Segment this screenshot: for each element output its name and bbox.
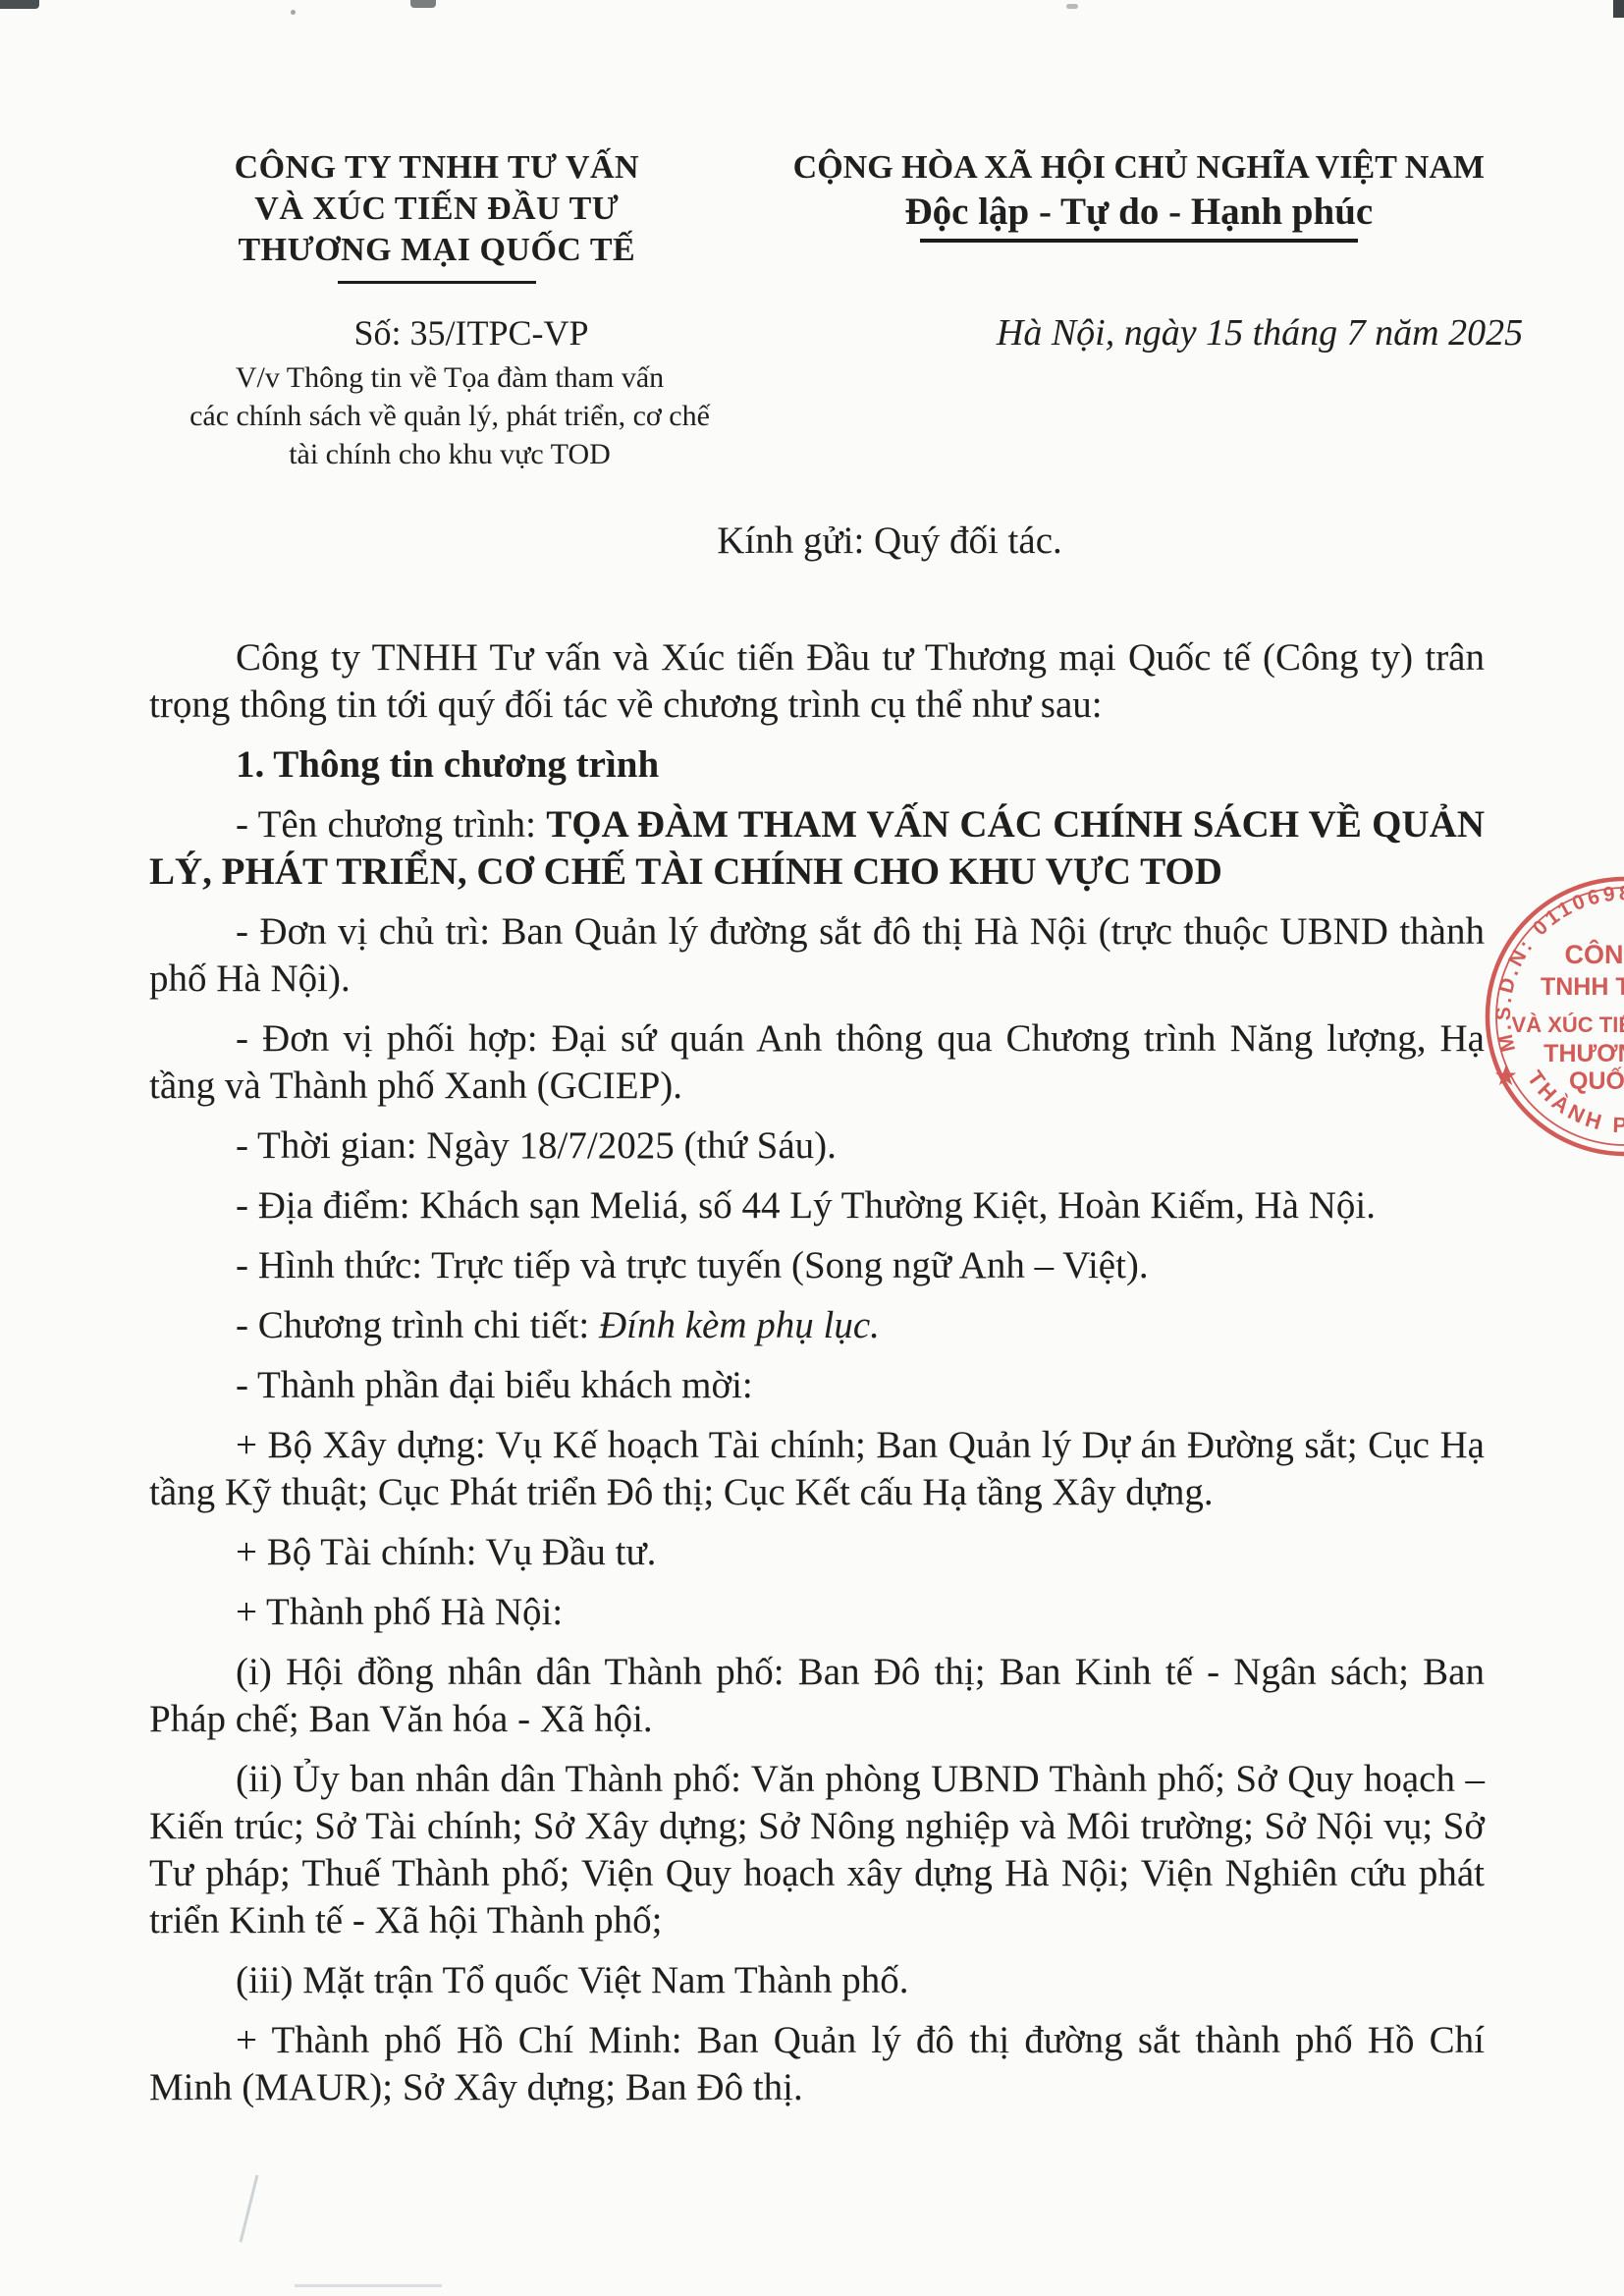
company-name-line: VÀ XÚC TIẾN ĐẦU TƯ [149, 189, 725, 230]
body-paragraph: (ii) Ủy ban nhân dân Thành phố: Văn phòn… [149, 1756, 1485, 1944]
text-segment: Đính kèm phụ lục. [599, 1304, 880, 1346]
text-segment: - Tên chương trình: [236, 803, 546, 846]
stamp-outer-ring [1488, 879, 1624, 1154]
subject-line: V/v Thông tin về Tọa đàm tham vấn [128, 358, 772, 397]
body-paragraph: - Hình thức: Trực tiếp và trực tuyến (So… [149, 1242, 1485, 1289]
stamp-center-line: CÔNG TY [1564, 939, 1624, 969]
national-motto-line1: CỘNG HÒA XÃ HỘI CHỦ NGHĨA VIỆT NAM [793, 147, 1485, 189]
text-segment: - Chương trình chi tiết: [236, 1304, 599, 1346]
text-segment: Công ty TNHH Tư vấn và Xúc tiến Đầu tư T… [149, 636, 1485, 726]
body-paragraph: - Thời gian: Ngày 18/7/2025 (thứ Sáu). [149, 1122, 1485, 1170]
text-segment: + Thành phố Hà Nội: [236, 1591, 563, 1633]
text-segment: (i) Hội đồng nhân dân Thành phố: Ban Đô … [149, 1651, 1485, 1740]
body-paragraph: + Thành phố Hồ Chí Minh: Ban Quản lý đô … [149, 2017, 1485, 2111]
scan-artifact [240, 2175, 259, 2243]
body-paragraph: - Đơn vị phối hợp: Đại sứ quán Anh thông… [149, 1015, 1485, 1110]
number-date-row: Số: 35/ITPC-VP Hà Nội, ngày 15 tháng 7 n… [149, 309, 1485, 356]
body-paragraph: (iii) Mặt trận Tổ quốc Việt Nam Thành ph… [149, 1957, 1485, 2004]
body-paragraph: - Thành phần đại biểu khách mời: [149, 1362, 1485, 1409]
letter-header: CÔNG TY TNHH TƯ VẤN VÀ XÚC TIẾN ĐẦU TƯ T… [149, 147, 1485, 284]
body-paragraph: - Đơn vị chủ trì: Ban Quản lý đường sắt … [149, 908, 1485, 1003]
scan-artifact [410, 0, 436, 8]
national-header-block: CỘNG HÒA XÃ HỘI CHỦ NGHĨA VIỆT NAM Độc l… [725, 147, 1485, 243]
national-motto-line2: Độc lập - Tự do - Hạnh phúc [793, 189, 1485, 236]
stamp-star-icon: ★ [1493, 1061, 1518, 1091]
scanned-letter-page: CÔNG TY TNHH TƯ VẤN VÀ XÚC TIẾN ĐẦU TƯ T… [0, 0, 1624, 2296]
scan-artifact [295, 2284, 442, 2287]
text-segment: + Bộ Xây dựng: Vụ Kế hoạch Tài chính; Ba… [149, 1424, 1485, 1513]
national-underline [920, 239, 1358, 243]
place-and-date: Hà Nội, ngày 15 tháng 7 năm 2025 [997, 312, 1523, 354]
stamp-center-line: VÀ XÚC TIẾN ĐẦU TƯ [1512, 1012, 1624, 1037]
text-segment: - Thời gian: Ngày 18/7/2025 (thứ Sáu). [236, 1124, 837, 1167]
company-name-line: THƯƠNG MẠI QUỐC TẾ [149, 230, 725, 271]
text-segment: 1. Thông tin chương trình [236, 743, 659, 786]
scan-artifact [1066, 4, 1078, 9]
stamp-inner-ring [1496, 888, 1624, 1145]
scan-artifact [1613, 0, 1624, 18]
text-segment: - Đơn vị phối hợp: Đại sứ quán Anh thông… [149, 1017, 1485, 1107]
stamp-registration-arc-text: M.S.D.N: 0110698 [1492, 882, 1624, 1054]
text-segment: (ii) Ủy ban nhân dân Thành phố: Văn phòn… [149, 1758, 1485, 1941]
company-name-line: CÔNG TY TNHH TƯ VẤN [149, 147, 725, 189]
stamp-bottom-arc-text: THÀNH PHỐ HÀ NỘI [1523, 997, 1624, 1137]
body-paragraph: Công ty TNHH Tư vấn và Xúc tiến Đầu tư T… [149, 634, 1485, 729]
document-number: Số: 35/ITPC-VP [353, 313, 588, 353]
text-segment: - Hình thức: Trực tiếp và trực tuyến (So… [236, 1244, 1149, 1286]
subject-block: V/v Thông tin về Tọa đàm tham vấn các ch… [128, 358, 772, 473]
text-segment: - Thành phần đại biểu khách mời: [236, 1364, 753, 1406]
text-segment: - Đơn vị chủ trì: Ban Quản lý đường sắt … [149, 910, 1485, 1000]
text-segment: + Bộ Tài chính: Vụ Đầu tư. [236, 1531, 656, 1573]
company-seal-stamp: ★ M.S.D.N: 0110698 THÀNH PHỐ HÀ NỘI CÔNG… [1478, 869, 1624, 1164]
body-paragraph: - Chương trình chi tiết: Đính kèm phụ lụ… [149, 1302, 1485, 1349]
text-segment: - Địa điểm: Khách sạn Meliá, số 44 Lý Th… [236, 1184, 1376, 1227]
company-underline [338, 281, 536, 284]
body-paragraphs: Công ty TNHH Tư vấn và Xúc tiến Đầu tư T… [149, 634, 1485, 2111]
text-segment: + Thành phố Hồ Chí Minh: Ban Quản lý đô … [149, 2019, 1485, 2108]
body-paragraph: + Bộ Tài chính: Vụ Đầu tư. [149, 1529, 1485, 1576]
scan-artifact [0, 0, 39, 9]
body-paragraph: - Địa điểm: Khách sạn Meliá, số 44 Lý Th… [149, 1182, 1485, 1230]
body-paragraph: + Bộ Xây dựng: Vụ Kế hoạch Tài chính; Ba… [149, 1422, 1485, 1516]
scan-artifact [291, 10, 296, 15]
body-paragraph: + Thành phố Hà Nội: [149, 1589, 1485, 1636]
body-paragraph: (i) Hội đồng nhân dân Thành phố: Ban Đô … [149, 1649, 1485, 1743]
body-paragraph: 1. Thông tin chương trình [149, 741, 1485, 789]
company-header-block: CÔNG TY TNHH TƯ VẤN VÀ XÚC TIẾN ĐẦU TƯ T… [149, 147, 725, 284]
salutation: Kính gửi: Quý đối tác. [222, 517, 1557, 566]
text-segment: (iii) Mặt trận Tổ quốc Việt Nam Thành ph… [236, 1959, 908, 2001]
subject-line: tài chính cho khu vực TOD [128, 435, 772, 473]
body-paragraph: - Tên chương trình: TỌA ĐÀM THAM VẤN CÁC… [149, 801, 1485, 896]
stamp-center-line: THƯƠNG MẠI [1543, 1040, 1624, 1067]
subject-line: các chính sách về quản lý, phát triển, c… [128, 397, 772, 435]
stamp-center-line: TNHH TƯ VẤN [1541, 972, 1624, 1001]
stamp-center-line: QUỐC TẾ [1569, 1066, 1624, 1095]
